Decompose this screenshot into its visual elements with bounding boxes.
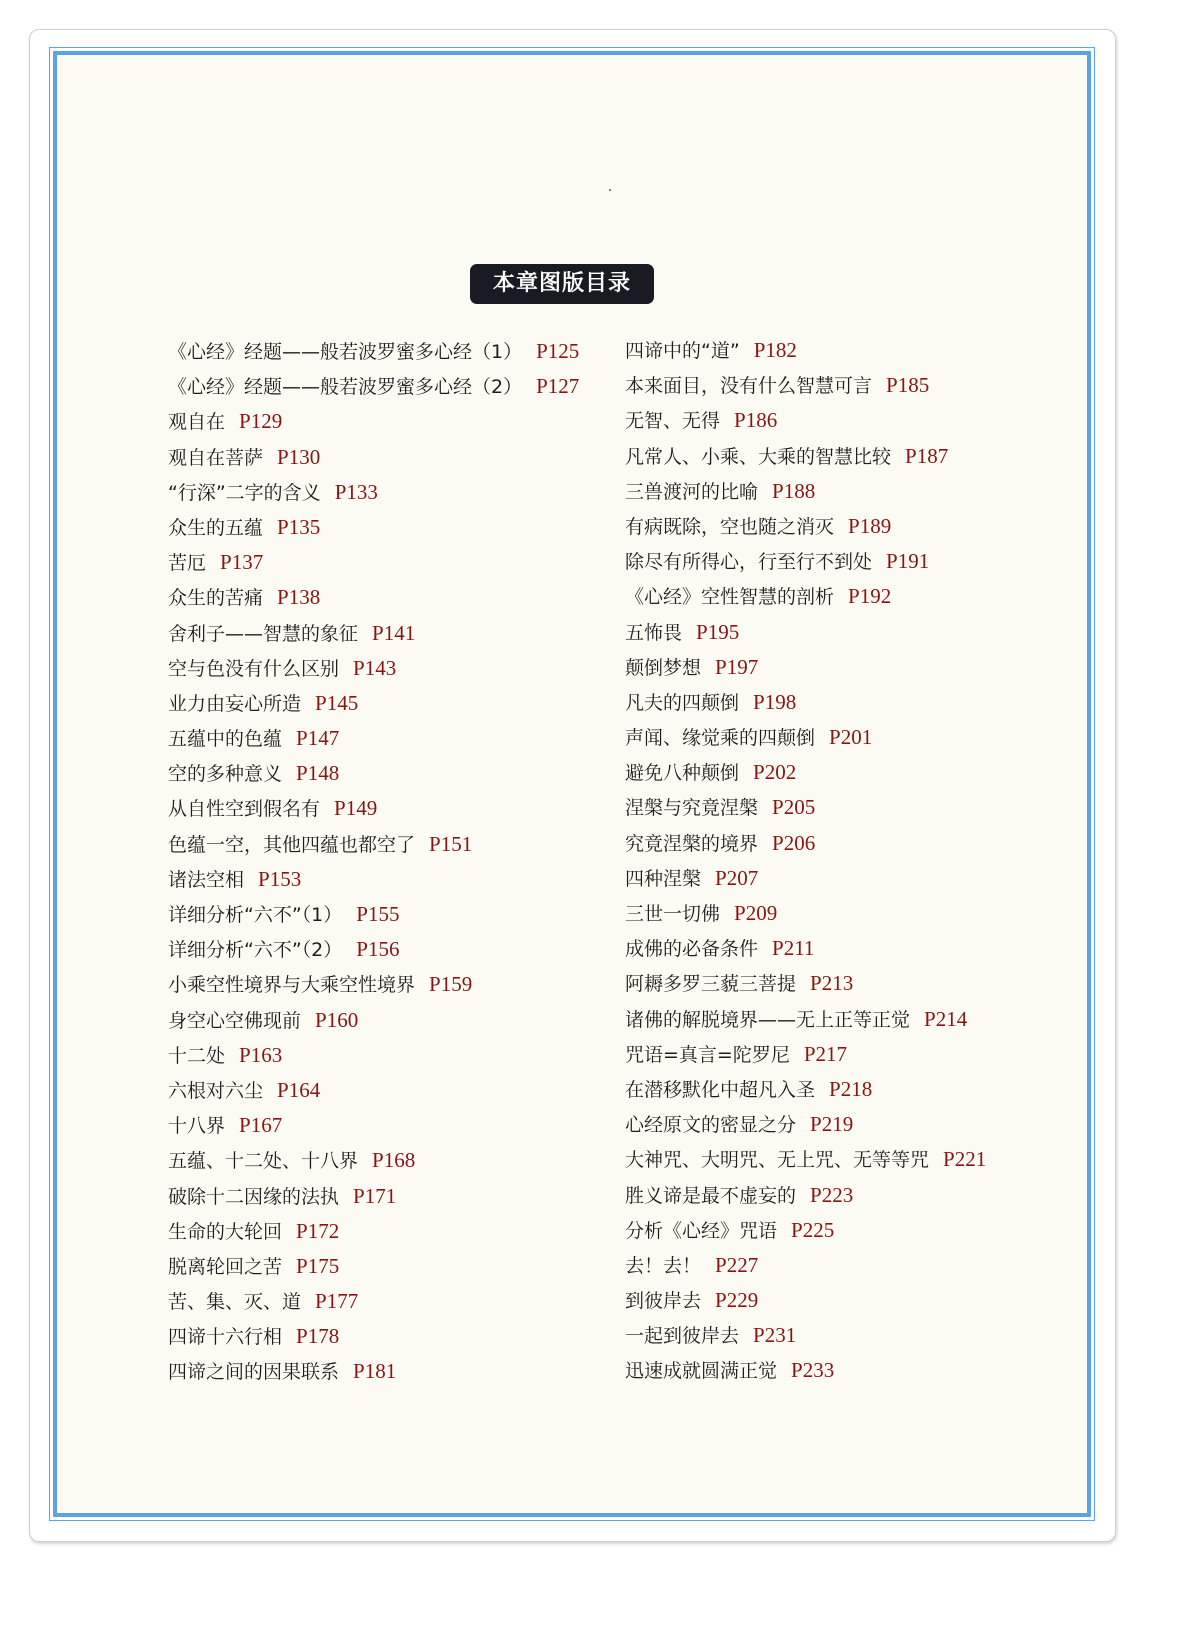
toc-entry: 避免八种颠倒P202: [625, 755, 986, 790]
toc-entry-page: P163: [239, 1043, 282, 1067]
toc-entry-title: 五蕴、十二处、十八界: [168, 1150, 358, 1172]
toc-entry-title: 四种涅槃: [625, 868, 701, 890]
toc-entry-page: P186: [734, 408, 777, 432]
toc-entry: 在潜移默化中超凡入圣P218: [625, 1072, 986, 1107]
toc-entry-title: 苦、集、灭、道: [168, 1291, 301, 1313]
toc-entry: 《心经》经题——般若波罗蜜多心经（1）P125: [168, 334, 579, 369]
toc-entry: 《心经》经题——般若波罗蜜多心经（2）P127: [168, 369, 579, 404]
toc-entry: 十八界P167: [168, 1108, 579, 1143]
toc-entry-title: 观自在菩萨: [168, 447, 263, 469]
toc-entry-title: 三兽渡河的比喻: [625, 481, 758, 503]
toc-entry-page: P156: [356, 937, 399, 961]
toc-entry-title: 详细分析“六不”（2）: [168, 939, 342, 961]
toc-entry-page: P206: [772, 831, 815, 855]
toc-entry-title: 五蕴中的色蕴: [168, 728, 282, 750]
toc-entry-page: P225: [791, 1218, 834, 1242]
toc-entry-title: 涅槃与究竟涅槃: [625, 797, 758, 819]
toc-entry-page: P127: [536, 374, 579, 398]
toc-entry-title: 诸佛的解脱境界——无上正等正觉: [625, 1009, 910, 1031]
toc-entry: 分析《心经》咒语P225: [625, 1213, 986, 1248]
toc-entry-title: 无智、无得: [625, 410, 720, 432]
toc-entry: 苦厄P137: [168, 545, 579, 580]
toc-entry-page: P167: [239, 1113, 282, 1137]
toc-entry-title: 苦厄: [168, 552, 206, 574]
toc-entry-page: P147: [296, 726, 339, 750]
toc-entry-page: P207: [715, 866, 758, 890]
toc-entry: 凡夫的四颠倒P198: [625, 685, 986, 720]
toc-entry-title: 业力由妄心所造: [168, 693, 301, 715]
toc-entry: 诸佛的解脱境界——无上正等正觉P214: [625, 1002, 986, 1037]
toc-entry: 大神咒、大明咒、无上咒、无等等咒P221: [625, 1142, 986, 1177]
toc-entry-page: P198: [753, 690, 796, 714]
toc-entry-page: P129: [239, 409, 282, 433]
toc-entry: 生命的大轮回P172: [168, 1214, 579, 1249]
toc-entry: 无智、无得P186: [625, 403, 986, 438]
toc-entry-page: P202: [753, 760, 796, 784]
toc-entry-title: 胜义谛是最不虚妄的: [625, 1185, 796, 1207]
toc-entry-page: P185: [886, 373, 929, 397]
toc-entry: 破除十二因缘的法执P171: [168, 1179, 579, 1214]
toc-entry: 四谛十六行相P178: [168, 1319, 579, 1354]
toc-entry-title: 《心经》空性智慧的剖析: [625, 586, 834, 608]
toc-entry-page: P138: [277, 585, 320, 609]
toc-entry: 众生的五蕴P135: [168, 510, 579, 545]
toc-entry: 迅速成就圆满正觉P233: [625, 1353, 986, 1388]
toc-entry: 空的多种意义P148: [168, 756, 579, 791]
toc-entry: 一起到彼岸去P231: [625, 1318, 986, 1353]
toc-entry-page: P148: [296, 761, 339, 785]
page-title: 本章图版目录: [470, 264, 654, 304]
toc-entry-page: P188: [772, 479, 815, 503]
toc-entry-title: 颠倒梦想: [625, 657, 701, 679]
toc-entry-page: P191: [886, 549, 929, 573]
toc-entry: 去！去！P227: [625, 1248, 986, 1283]
toc-entry-page: P192: [848, 584, 891, 608]
toc-entry-page: P155: [356, 902, 399, 926]
toc-entry: 本来面目，没有什么智慧可言P185: [625, 368, 986, 403]
toc-entry-page: P164: [277, 1078, 320, 1102]
toc-entry-title: 脱离轮回之苦: [168, 1256, 282, 1278]
toc-entry-page: P233: [791, 1358, 834, 1382]
toc-entry: 胜义谛是最不虚妄的P223: [625, 1178, 986, 1213]
toc-entry: 十二处P163: [168, 1038, 579, 1073]
toc-entry: 详细分析“六不”（1）P155: [168, 897, 579, 932]
toc-entry-page: P182: [754, 338, 797, 362]
toc-entry-title: 成佛的必备条件: [625, 938, 758, 960]
toc-entry-page: P168: [372, 1148, 415, 1172]
toc-entry-title: 十二处: [168, 1045, 225, 1067]
toc-entry-page: P209: [734, 901, 777, 925]
toc-entry: 三世一切佛P209: [625, 896, 986, 931]
toc-entry-title: 从自性空到假名有: [168, 798, 320, 820]
toc-entry: 详细分析“六不”（2）P156: [168, 932, 579, 967]
toc-entry-page: P181: [353, 1359, 396, 1383]
toc-entry-page: P218: [829, 1077, 872, 1101]
toc-entry-page: P160: [315, 1008, 358, 1032]
toc-entry: 五怖畏P195: [625, 615, 986, 650]
toc-entry-page: P172: [296, 1219, 339, 1243]
toc-entry-title: 众生的五蕴: [168, 517, 263, 539]
toc-entry-page: P149: [334, 796, 377, 820]
toc-entry-page: P231: [753, 1323, 796, 1347]
toc-entry-title: 身空心空佛现前: [168, 1010, 301, 1032]
toc-entry-title: 色蕴一空，其他四蕴也都空了: [168, 834, 415, 856]
toc-entry: 空与色没有什么区别P143: [168, 651, 579, 686]
toc-entry-page: P201: [829, 725, 872, 749]
toc-entry-page: P219: [810, 1112, 853, 1136]
toc-entry-title: 众生的苦痛: [168, 587, 263, 609]
toc-entry-title: 分析《心经》咒语: [625, 1220, 777, 1242]
toc-entry-title: 阿耨多罗三藐三菩提: [625, 973, 796, 995]
toc-entry: 舍利子——智慧的象征P141: [168, 616, 579, 651]
toc-entry-page: P223: [810, 1183, 853, 1207]
toc-entry-title: 空与色没有什么区别: [168, 658, 339, 680]
toc-entry-page: P130: [277, 445, 320, 469]
toc-entry-title: 有病既除，空也随之消灭: [625, 516, 834, 538]
toc-left-column: 《心经》经题——般若波罗蜜多心经（1）P125《心经》经题——般若波罗蜜多心经（…: [168, 334, 579, 1390]
toc-entry-title: 舍利子——智慧的象征: [168, 623, 358, 645]
toc-entry-page: P227: [715, 1253, 758, 1277]
toc-entry-title: 在潜移默化中超凡入圣: [625, 1079, 815, 1101]
toc-entry-page: P195: [696, 620, 739, 644]
toc-entry: 阿耨多罗三藐三菩提P213: [625, 966, 986, 1001]
toc-entry: 《心经》空性智慧的剖析P192: [625, 579, 986, 614]
toc-entry-page: P177: [315, 1289, 358, 1313]
toc-entry-title: “行深”二字的含义: [168, 482, 321, 504]
toc-entry-title: 咒语=真言=陀罗尼: [625, 1044, 790, 1066]
toc-entry: 声闻、缘觉乘的四颠倒P201: [625, 720, 986, 755]
toc-entry-title: 一起到彼岸去: [625, 1325, 739, 1347]
toc-entry-page: P214: [924, 1007, 967, 1031]
toc-entry-page: P213: [810, 971, 853, 995]
toc-entry-title: 大神咒、大明咒、无上咒、无等等咒: [625, 1149, 929, 1171]
toc-entry-page: P211: [772, 936, 814, 960]
toc-entry-page: P205: [772, 795, 815, 819]
toc-entry: 除尽有所得心，行至行不到处P191: [625, 544, 986, 579]
toc-entry-title: 五怖畏: [625, 622, 682, 644]
toc-entry: 四谛中的“道”P182: [625, 333, 986, 368]
toc-entry-title: 四谛中的“道”: [625, 340, 740, 362]
toc-entry-title: 六根对六尘: [168, 1080, 263, 1102]
toc-entry-page: P151: [429, 832, 472, 856]
toc-entry-title: 生命的大轮回: [168, 1221, 282, 1243]
toc-entry-page: P221: [943, 1147, 986, 1171]
toc-entry-page: P189: [848, 514, 891, 538]
toc-entry: 身空心空佛现前P160: [168, 1003, 579, 1038]
toc-entry-title: 避免八种颠倒: [625, 762, 739, 784]
toc-entry-page: P197: [715, 655, 758, 679]
toc-entry: 观自在菩萨P130: [168, 440, 579, 475]
toc-entry: 凡常人、小乘、大乘的智慧比较P187: [625, 439, 986, 474]
toc-entry-page: P141: [372, 621, 415, 645]
toc-entry-title: 迅速成就圆满正觉: [625, 1360, 777, 1382]
toc-entry: 有病既除，空也随之消灭P189: [625, 509, 986, 544]
toc-entry-page: P125: [536, 339, 579, 363]
toc-entry: 咒语=真言=陀罗尼P217: [625, 1037, 986, 1072]
toc-entry: 颠倒梦想P197: [625, 650, 986, 685]
toc-entry-page: P187: [905, 444, 948, 468]
toc-entry-title: 四谛十六行相: [168, 1326, 282, 1348]
toc-entry-page: P171: [353, 1184, 396, 1208]
toc-entry: 四种涅槃P207: [625, 861, 986, 896]
toc-entry-title: 《心经》经题——般若波罗蜜多心经（2）: [168, 376, 522, 398]
toc-entry: 小乘空性境界与大乘空性境界P159: [168, 967, 579, 1002]
toc-entry: 苦、集、灭、道P177: [168, 1284, 579, 1319]
toc-right-column: 四谛中的“道”P182本来面目，没有什么智慧可言P185无智、无得P186凡常人…: [625, 333, 986, 1389]
toc-entry: 到彼岸去P229: [625, 1283, 986, 1318]
toc-entry: 三兽渡河的比喻P188: [625, 474, 986, 509]
toc-entry-title: 小乘空性境界与大乘空性境界: [168, 974, 415, 996]
toc-entry-title: 究竟涅槃的境界: [625, 833, 758, 855]
toc-entry-title: 凡夫的四颠倒: [625, 692, 739, 714]
toc-entry-title: 空的多种意义: [168, 763, 282, 785]
toc-entry: 从自性空到假名有P149: [168, 791, 579, 826]
toc-entry-page: P178: [296, 1324, 339, 1348]
toc-entry-page: P137: [220, 550, 263, 574]
toc-entry: 究竟涅槃的境界P206: [625, 826, 986, 861]
toc-entry: 业力由妄心所造P145: [168, 686, 579, 721]
speck: [609, 189, 611, 191]
toc-entry-title: 声闻、缘觉乘的四颠倒: [625, 727, 815, 749]
toc-entry-page: P135: [277, 515, 320, 539]
toc-entry: 五蕴中的色蕴P147: [168, 721, 579, 756]
toc-entry: 脱离轮回之苦P175: [168, 1249, 579, 1284]
toc-entry-title: 详细分析“六不”（1）: [168, 904, 342, 926]
toc-entry: 涅槃与究竟涅槃P205: [625, 790, 986, 825]
toc-entry: 成佛的必备条件P211: [625, 931, 986, 966]
toc-entry-page: P133: [335, 480, 378, 504]
toc-entry-title: 诸法空相: [168, 869, 244, 891]
toc-entry-title: 破除十二因缘的法执: [168, 1186, 339, 1208]
toc-entry-title: 心经原文的密显之分: [625, 1114, 796, 1136]
toc-entry-page: P229: [715, 1288, 758, 1312]
toc-entry-title: 去！去！: [625, 1255, 701, 1277]
toc-entry-page: P159: [429, 972, 472, 996]
toc-entry-title: 本来面目，没有什么智慧可言: [625, 375, 872, 397]
toc-entry-page: P145: [315, 691, 358, 715]
toc-entry-title: 《心经》经题——般若波罗蜜多心经（1）: [168, 341, 522, 363]
toc-entry-title: 凡常人、小乘、大乘的智慧比较: [625, 446, 891, 468]
toc-entry-page: P143: [353, 656, 396, 680]
toc-entry: 四谛之间的因果联系P181: [168, 1354, 579, 1389]
toc-entry: 心经原文的密显之分P219: [625, 1107, 986, 1142]
toc-entry-page: P153: [258, 867, 301, 891]
toc-entry-title: 四谛之间的因果联系: [168, 1361, 339, 1383]
toc-entry: 色蕴一空，其他四蕴也都空了P151: [168, 827, 579, 862]
toc-entry-title: 除尽有所得心，行至行不到处: [625, 551, 872, 573]
toc-entry: 六根对六尘P164: [168, 1073, 579, 1108]
toc-entry-page: P175: [296, 1254, 339, 1278]
toc-entry-page: P217: [804, 1042, 847, 1066]
toc-entry: 五蕴、十二处、十八界P168: [168, 1143, 579, 1178]
toc-entry: 众生的苦痛P138: [168, 580, 579, 615]
toc-entry-title: 十八界: [168, 1115, 225, 1137]
toc-entry: 诸法空相P153: [168, 862, 579, 897]
toc-entry: 观自在P129: [168, 404, 579, 439]
toc-entry-title: 观自在: [168, 411, 225, 433]
toc-entry-title: 三世一切佛: [625, 903, 720, 925]
toc-entry-title: 到彼岸去: [625, 1290, 701, 1312]
toc-entry: “行深”二字的含义P133: [168, 475, 579, 510]
